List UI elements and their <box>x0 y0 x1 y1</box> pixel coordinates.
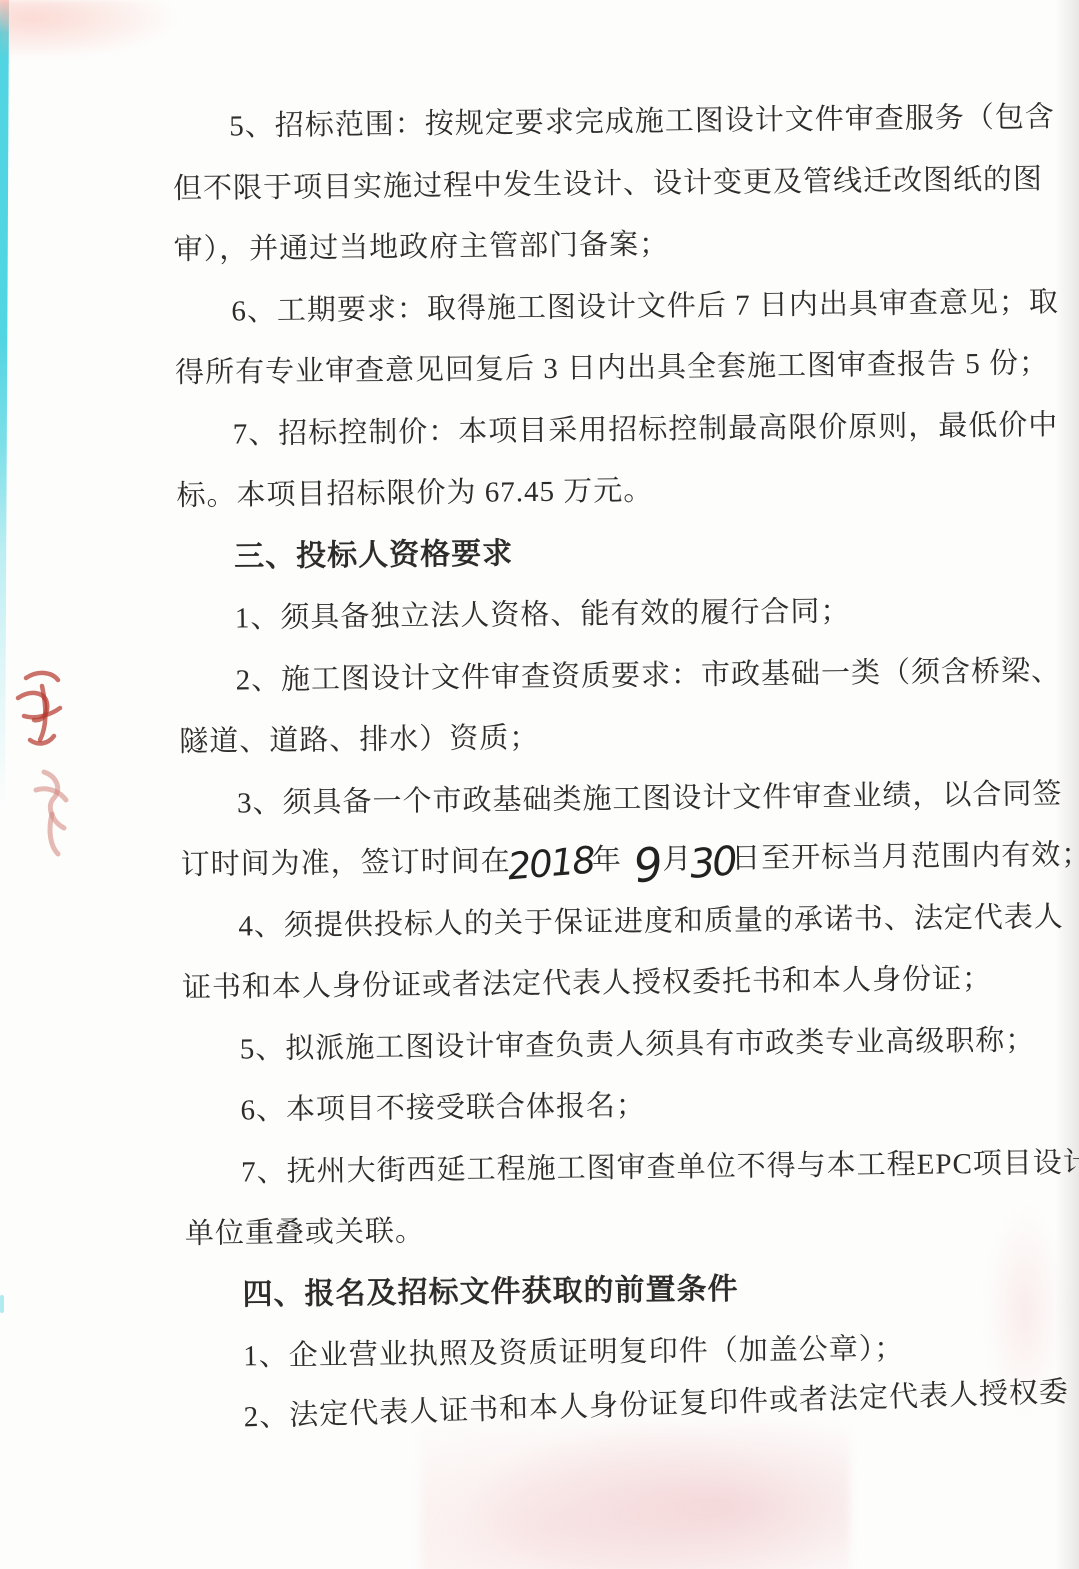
sign-line-year-unit: 年 <box>592 844 631 876</box>
section-heading: 三、投标人资格要求 <box>177 526 1036 597</box>
text-line: 但不限于项目实施过程中发生设计、设计变更及管线迁改图纸的图 <box>173 157 1032 228</box>
text-line: 5、招标范围：按规定要求完成施工图设计文件审查服务（包含 <box>172 95 1031 166</box>
document-page: 5、招标范围：按规定要求完成施工图设计文件审查服务（包含 但不限于项目实施过程中… <box>0 0 1079 1569</box>
red-ink-mark <box>8 664 88 874</box>
text-line: 标。本项目招标限价为 67.45 万元。 <box>176 464 1035 535</box>
text-line: 单位重叠或关联。 <box>185 1202 1044 1273</box>
handwritten-month: 9 <box>633 853 666 877</box>
text-line: 7、招标控制价：本项目采用招标控制最高限价原则，最低价中 <box>176 403 1035 474</box>
section-heading: 四、报名及招标文件获取的前置条件 <box>185 1264 1044 1335</box>
text-line-with-handwritten-date: 订时间为准，签订时间在2018年 9月30日至开标当月范围内有效； <box>180 833 1039 904</box>
text-line: 6、本项目不接受联合体报名； <box>183 1079 1042 1150</box>
text-line: 证书和本人身份证或者法定代表人授权委托书和本人身份证； <box>182 956 1041 1027</box>
text-line: 3、须具备一个市政基础类施工图设计文件审查业绩，以合同签 <box>180 772 1039 843</box>
text-line: 隧道、道路、排水）资质； <box>179 710 1038 781</box>
scan-edge-cyan-speck <box>0 1295 4 1313</box>
pink-smudge-top-left <box>0 0 180 60</box>
text-line: 1、须具备独立法人资格、能有效的履行合同； <box>178 587 1037 658</box>
text-line: 7、抚州大街西延工程施工图审查单位不得与本工程EPC项目设计 <box>184 1141 1043 1212</box>
text-line: 6、工期要求：取得施工图设计文件后 7 日内出具审查意见；取 <box>174 280 1033 351</box>
text-line: 审），并通过当地政府主管部门备案； <box>173 218 1032 289</box>
handwritten-day: 30 <box>689 851 735 875</box>
sign-line-prefix: 订时间为准，签订时间在 <box>180 845 510 881</box>
text-line: 5、拟派施工图设计审查负责人须具有市政类专业高级职称； <box>183 1018 1042 1089</box>
text-line: 得所有专业审查意见回复后 3 日内出具全套施工图审查报告 5 份； <box>175 341 1034 412</box>
sign-line-day-unit: 日至开标当月范围内有效； <box>731 839 1079 875</box>
text-line: 2、施工图设计文件审查资质要求：市政基础一类（须含桥梁、 <box>178 649 1037 720</box>
text-line: 4、须提供投标人的关于保证进度和质量的承诺书、法定代表人 <box>181 895 1040 966</box>
document-text-block: 5、招标范围：按规定要求完成施工图设计文件审查服务（包含 但不限于项目实施过程中… <box>172 95 1045 1458</box>
handwritten-year: 2018 <box>507 850 595 877</box>
